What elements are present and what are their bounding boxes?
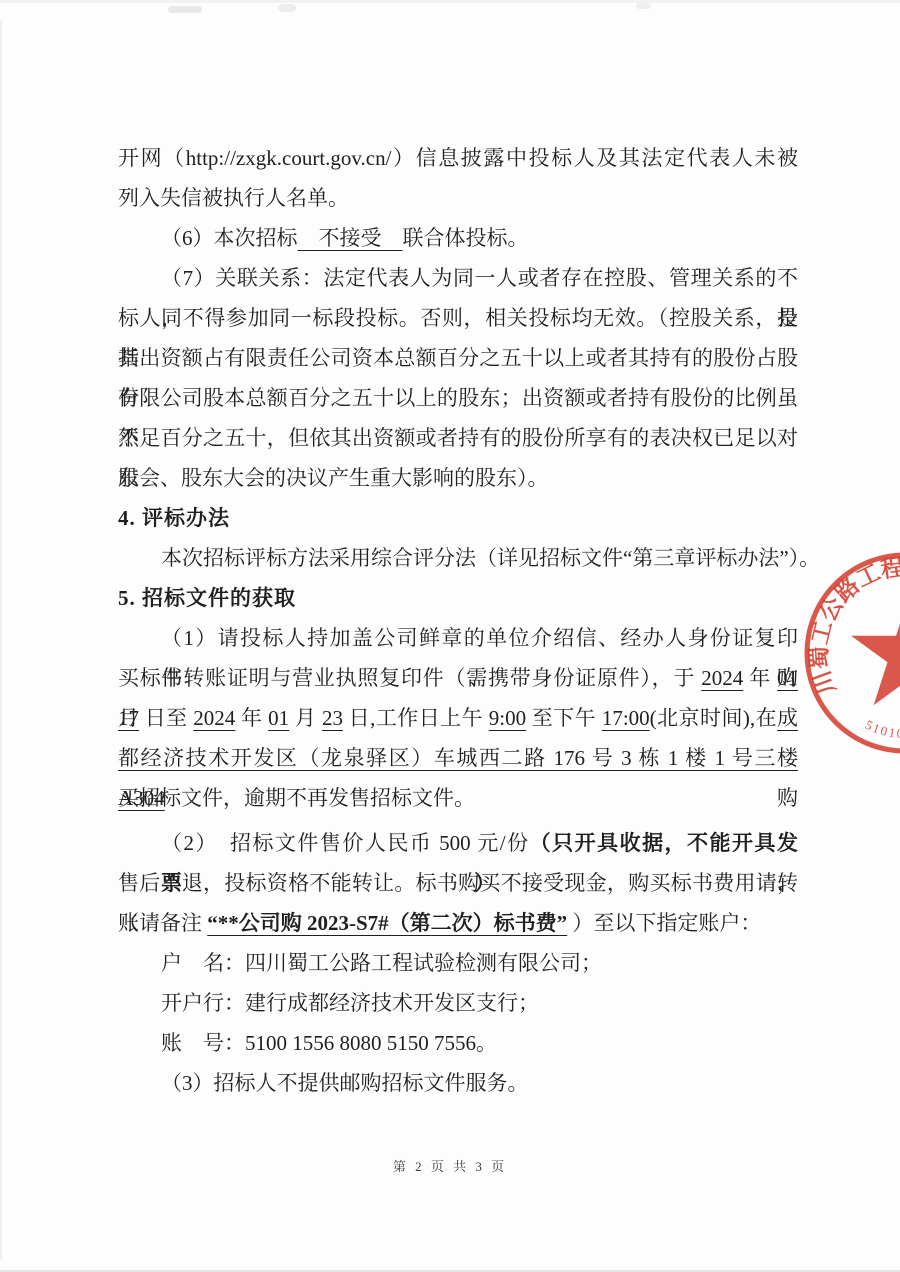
scan-artifact xyxy=(278,4,296,12)
underlined-text: 2024 xyxy=(701,666,743,690)
text-run: 年 xyxy=(235,706,268,730)
text-line: 标人，不得参加同一标段投标。否则，相关投标均无效。（控股关系，是指 xyxy=(118,298,798,338)
scan-edge-top xyxy=(0,0,900,3)
underlined-text: 17 xyxy=(118,706,139,730)
text-run: 列入失信被执行人名单。 xyxy=(118,186,349,210)
text-run: 买标书转账证明与营业执照复印件（需携带身份证原件），于 xyxy=(118,666,701,690)
text-run: 联合体投标。 xyxy=(403,226,529,250)
seal-ring xyxy=(807,555,900,751)
text-line: （7）关联关系：法定代表人为同一人或者存在控股、管理关系的不同投 xyxy=(118,258,798,298)
text-line: （2） 招标文件售价人民币 500 元/份（只开具收据，不能开具发票）， xyxy=(118,823,798,863)
underlined-text: 23 xyxy=(322,706,343,730)
underlined-text: 2024 xyxy=(193,706,235,730)
text-run: 本次招标评标方法采用综合评分法（详见招标文件“第三章评标办法”）。 xyxy=(161,546,820,570)
scan-artifact xyxy=(636,3,651,9)
seal-star xyxy=(851,593,900,705)
text-line: 户 名：四川蜀工公路工程试验检测有限公司； xyxy=(118,943,798,983)
section-heading: 5. 招标文件的获取 xyxy=(118,578,798,618)
underlined-text: 01 xyxy=(268,706,289,730)
text-run: 日至 xyxy=(139,706,193,730)
text-run: 日,工作日上午 xyxy=(343,706,489,730)
underlined-text: 成 xyxy=(777,706,798,730)
svg-text:5101008302: 5101008302 xyxy=(863,717,900,741)
underlined-text: 9:00 xyxy=(489,706,526,730)
text-run: 东会、股东大会的决议产生重大影响的股东）。 xyxy=(118,466,549,490)
underlined-text: 01 xyxy=(777,666,798,690)
text-line: （请备注 “**公司购 2023-S7#（第二次）标书费” ）至以下指定账户： xyxy=(118,903,798,943)
text-line: 有限公司股本总额百分之五十以上的股东；出资额或者持有股份的比例虽然 xyxy=(118,378,798,418)
text-run: 开网（http://zxgk.court.gov.cn/）信息披露中投标人及其法… xyxy=(118,146,798,170)
underlined-text: 17:00 xyxy=(602,706,650,730)
text-line: 不足百分之五十，但依其出资额或者持有的股份所享有的表决权已足以对股 xyxy=(118,418,798,458)
text-run: （请备注 xyxy=(118,911,207,935)
text-line: 列入失信被执行人名单。 xyxy=(118,178,798,218)
text-line: 账 号：5100 1556 8080 5150 7556。 xyxy=(118,1023,798,1063)
text-run: 月 xyxy=(289,706,322,730)
text-run: 年 xyxy=(743,666,777,690)
text-line: 都经济技术开发区（龙泉驿区）车城西二路 176 号 3 栋 1 楼 1 号三楼 … xyxy=(118,738,798,778)
text-line: 售后不退，投标资格不能转让。标书购买不接受现金，购买标书费用请转账 xyxy=(118,863,798,903)
text-run: 开户行：建行成都经济技术开发区支行； xyxy=(161,991,539,1015)
scan-artifact xyxy=(168,6,202,13)
seal-serial-text: 5101008302 xyxy=(863,717,900,741)
text-line: 东会、股东大会的决议产生重大影响的股东）。 xyxy=(118,458,798,498)
underlined-text: 不接受 xyxy=(298,226,403,250)
text-run: （3）招标人不提供邮购招标文件服务。 xyxy=(161,1071,529,1095)
bold-text: 4. 评标办法 xyxy=(118,506,230,530)
text-line: 17 日至 2024 年 01 月 23 日,工作日上午 9:00 至下午 17… xyxy=(118,698,798,738)
text-line: 开户行：建行成都经济技术开发区支行； xyxy=(118,983,798,1023)
text-line: 开网（http://zxgk.court.gov.cn/）信息披露中投标人及其法… xyxy=(118,138,798,178)
text-line: （1）请投标人持加盖公司鲜章的单位介绍信、经办人身份证复印件、购 xyxy=(118,618,798,658)
document-body: 开网（http://zxgk.court.gov.cn/）信息披露中投标人及其法… xyxy=(118,138,798,1103)
text-line: 买标书转账证明与营业执照复印件（需携带身份证原件），于 2024 年 01 月 xyxy=(118,658,798,698)
text-run: （6）本次招标 xyxy=(161,226,298,250)
bold-text: 5. 招标文件的获取 xyxy=(118,586,296,610)
text-line: 其出资额占有限责任公司资本总额百分之五十以上或者其持有的股份占股份 xyxy=(118,338,798,378)
document-page: { "page": { "background": "#fdfdfd", "te… xyxy=(0,0,900,1272)
underlined-text: “**公司购 2023-S7#（第二次）标书费” xyxy=(207,911,567,935)
section-heading: 4. 评标办法 xyxy=(118,498,798,538)
text-run: ）至以下指定账户： xyxy=(567,911,761,935)
text-run: 至下午 xyxy=(526,706,602,730)
text-run: 账 号：5100 1556 8080 5150 7556。 xyxy=(161,1031,497,1055)
text-run: 户 名：四川蜀工公路工程试验检测有限公司； xyxy=(161,951,602,975)
scan-edge-left xyxy=(0,20,2,1260)
text-line: （3）招标人不提供邮购招标文件服务。 xyxy=(118,1063,798,1103)
text-run: (北京时间),在 xyxy=(650,706,777,730)
text-line: 本次招标评标方法采用综合评分法（详见招标文件“第三章评标办法”）。 xyxy=(118,538,798,578)
page-footer: 第 2 页 共 3 页 xyxy=(0,1156,900,1175)
text-run: 买招标文件，逾期不再发售招标文件。 xyxy=(118,786,475,810)
text-line: （6）本次招标 不接受 联合体投标。 xyxy=(118,218,798,258)
text-run: （2） 招标文件售价人民币 500 元/份 xyxy=(161,831,530,855)
